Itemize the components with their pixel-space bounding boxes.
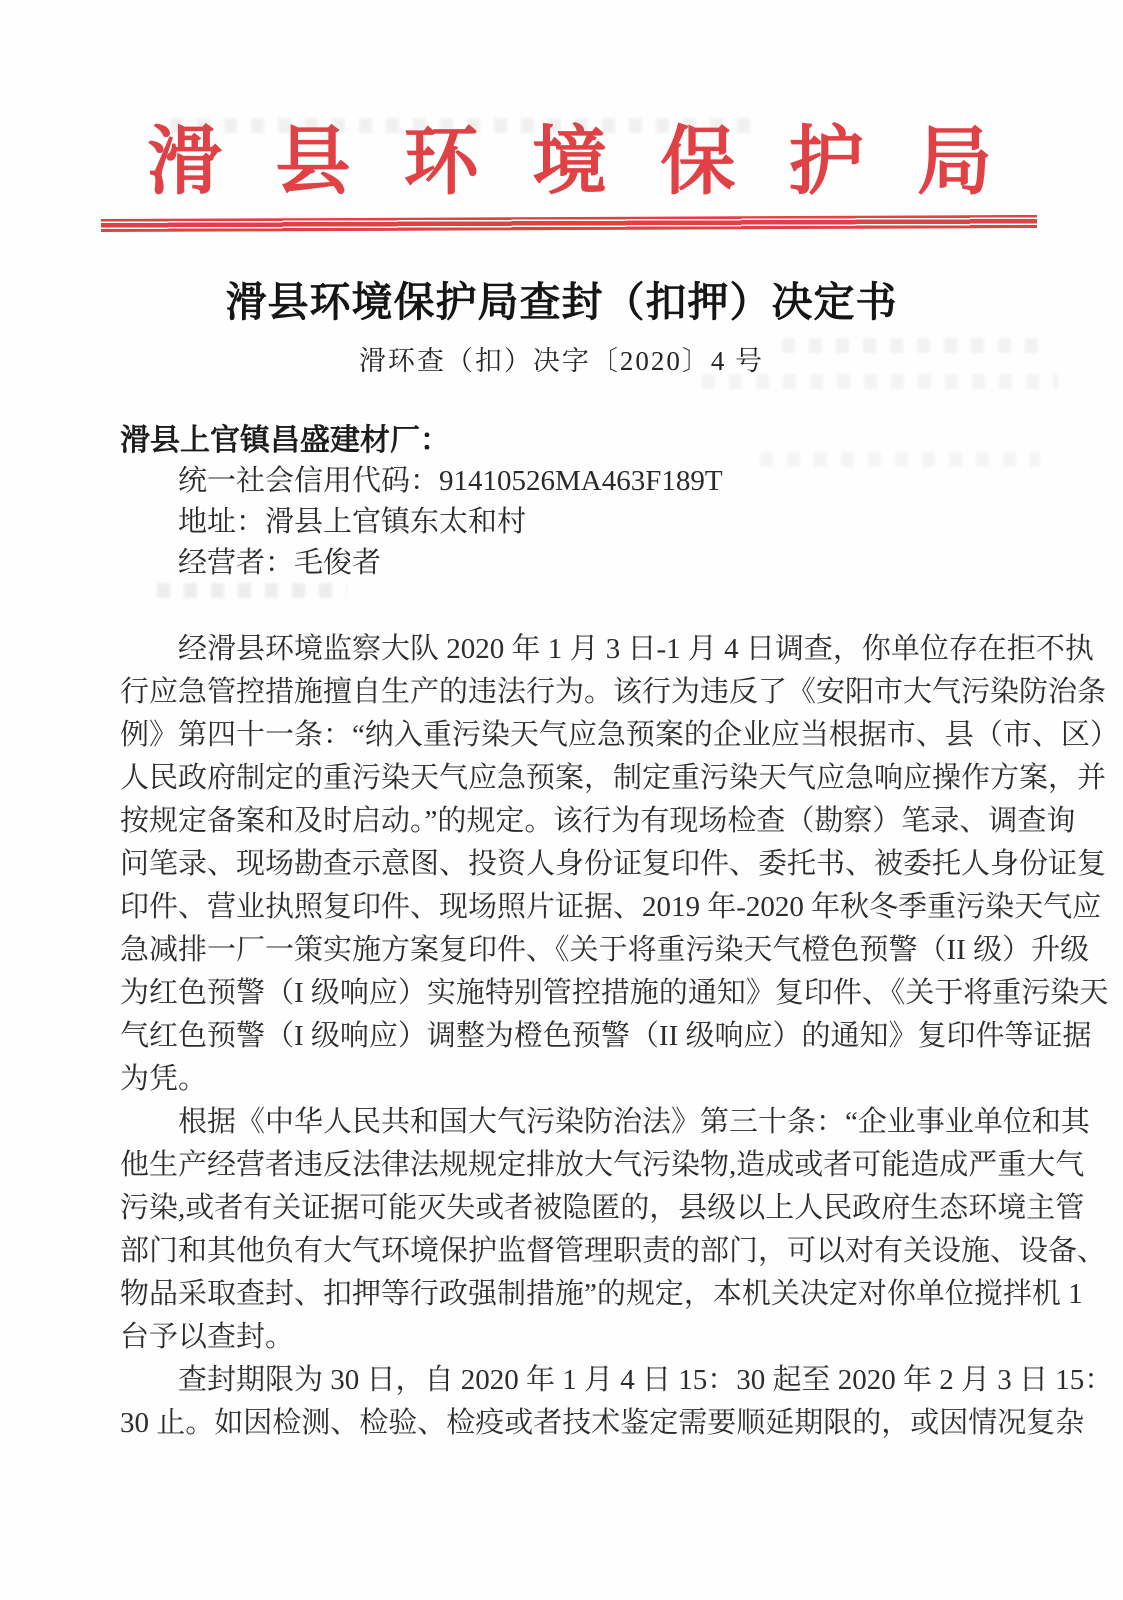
address-line: 地址：滑县上官镇东太和村 <box>120 502 1015 543</box>
body-line: 行应急管控措施擅自生产的违法行为。该行为违反了《安阳市大气污染防治条 <box>120 671 1013 714</box>
body-line: 为凭。 <box>120 1058 1013 1101</box>
operator-line: 经营者：毛俊者 <box>120 543 1015 584</box>
letterhead-char: 保 <box>660 124 735 202</box>
letterhead-divider <box>101 215 1037 232</box>
document-number: 滑环查（扣）决字〔2020〕4 号 <box>0 344 1123 378</box>
scanned-document-page: 滑县环境保护局 滑县环境保护局查封（扣押）决定书 滑环查（扣）决字〔2020〕4… <box>0 0 1123 1600</box>
body-line: 根据《中华人民共和国大气污染防治法》第三十条：“企业事业单位和其 <box>120 1101 1013 1144</box>
letterhead-char: 环 <box>404 124 479 202</box>
body-line: 按规定备案和及时启动。”的规定。该行为有现场检查（勘察）笔录、调查询 <box>120 800 1013 843</box>
letterhead-char: 局 <box>917 124 992 202</box>
credit-code-line: 统一社会信用代码：91410526MA463F189T <box>120 461 1015 502</box>
letterhead-char: 境 <box>532 124 607 202</box>
agency-letterhead: 滑县环境保护局 <box>147 124 992 202</box>
body-line: 台予以查封。 <box>120 1316 1013 1359</box>
document-title: 滑县环境保护局查封（扣押）决定书 <box>0 277 1123 327</box>
letterhead-char: 滑 <box>147 124 222 202</box>
recipient-name: 滑县上官镇昌盛建材厂： <box>120 420 1015 461</box>
body-line: 物品采取查封、扣押等行政强制措施”的规定，本机关决定对你单位搅拌机 1 <box>120 1273 1013 1316</box>
body-line: 部门和其他负有大气环境保护监督管理职责的部门，可以对有关设施、设备、 <box>120 1230 1013 1273</box>
letterhead-char: 护 <box>789 124 864 202</box>
body-line: 经滑县环境监察大队 2020 年 1 月 3 日-1 月 4 日调查，你单位存在… <box>120 628 1013 671</box>
recipient-block: 滑县上官镇昌盛建材厂： 统一社会信用代码：91410526MA463F189T … <box>120 420 1015 584</box>
body-line: 查封期限为 30 日，自 2020 年 1 月 4 日 15：30 起至 202… <box>120 1359 1013 1402</box>
body-line: 30 止。如因检测、检验、检疫或者技术鉴定需要顺延期限的，或因情况复杂 <box>120 1402 1013 1445</box>
body-line: 为红色预警（I 级响应）实施特别管控措施的通知》复印件、《关于将重污染天 <box>120 972 1013 1015</box>
body-line: 印件、营业执照复印件、现场照片证据、2019 年-2020 年秋冬季重污染天气应 <box>120 886 1013 929</box>
body-line: 急减排一厂一策实施方案复印件、《关于将重污染天气橙色预警（II 级）升级 <box>120 929 1013 972</box>
body-line: 他生产经营者违反法律法规规定排放大气污染物,造成或者可能造成严重大气 <box>120 1144 1013 1187</box>
body-line: 问笔录、现场勘查示意图、投资人身份证复印件、委托书、被委托人身份证复 <box>120 843 1013 886</box>
body-line: 例》第四十一条：“纳入重污染天气应急预案的企业应当根据市、县（市、区） <box>120 714 1013 757</box>
body-text: 经滑县环境监察大队 2020 年 1 月 3 日-1 月 4 日调查，你单位存在… <box>120 628 1013 1445</box>
scan-bleed-artifact <box>157 583 347 598</box>
body-line: 污染,或者有关证据可能灭失或者被隐匿的，县级以上人民政府生态环境主管 <box>120 1187 1013 1230</box>
body-line: 气红色预警（I 级响应）调整为橙色预警（II 级响应）的通知》复印件等证据 <box>120 1015 1013 1058</box>
body-line: 人民政府制定的重污染天气应急预案，制定重污染天气应急响应操作方案，并 <box>120 757 1013 800</box>
letterhead-char: 县 <box>275 124 350 202</box>
